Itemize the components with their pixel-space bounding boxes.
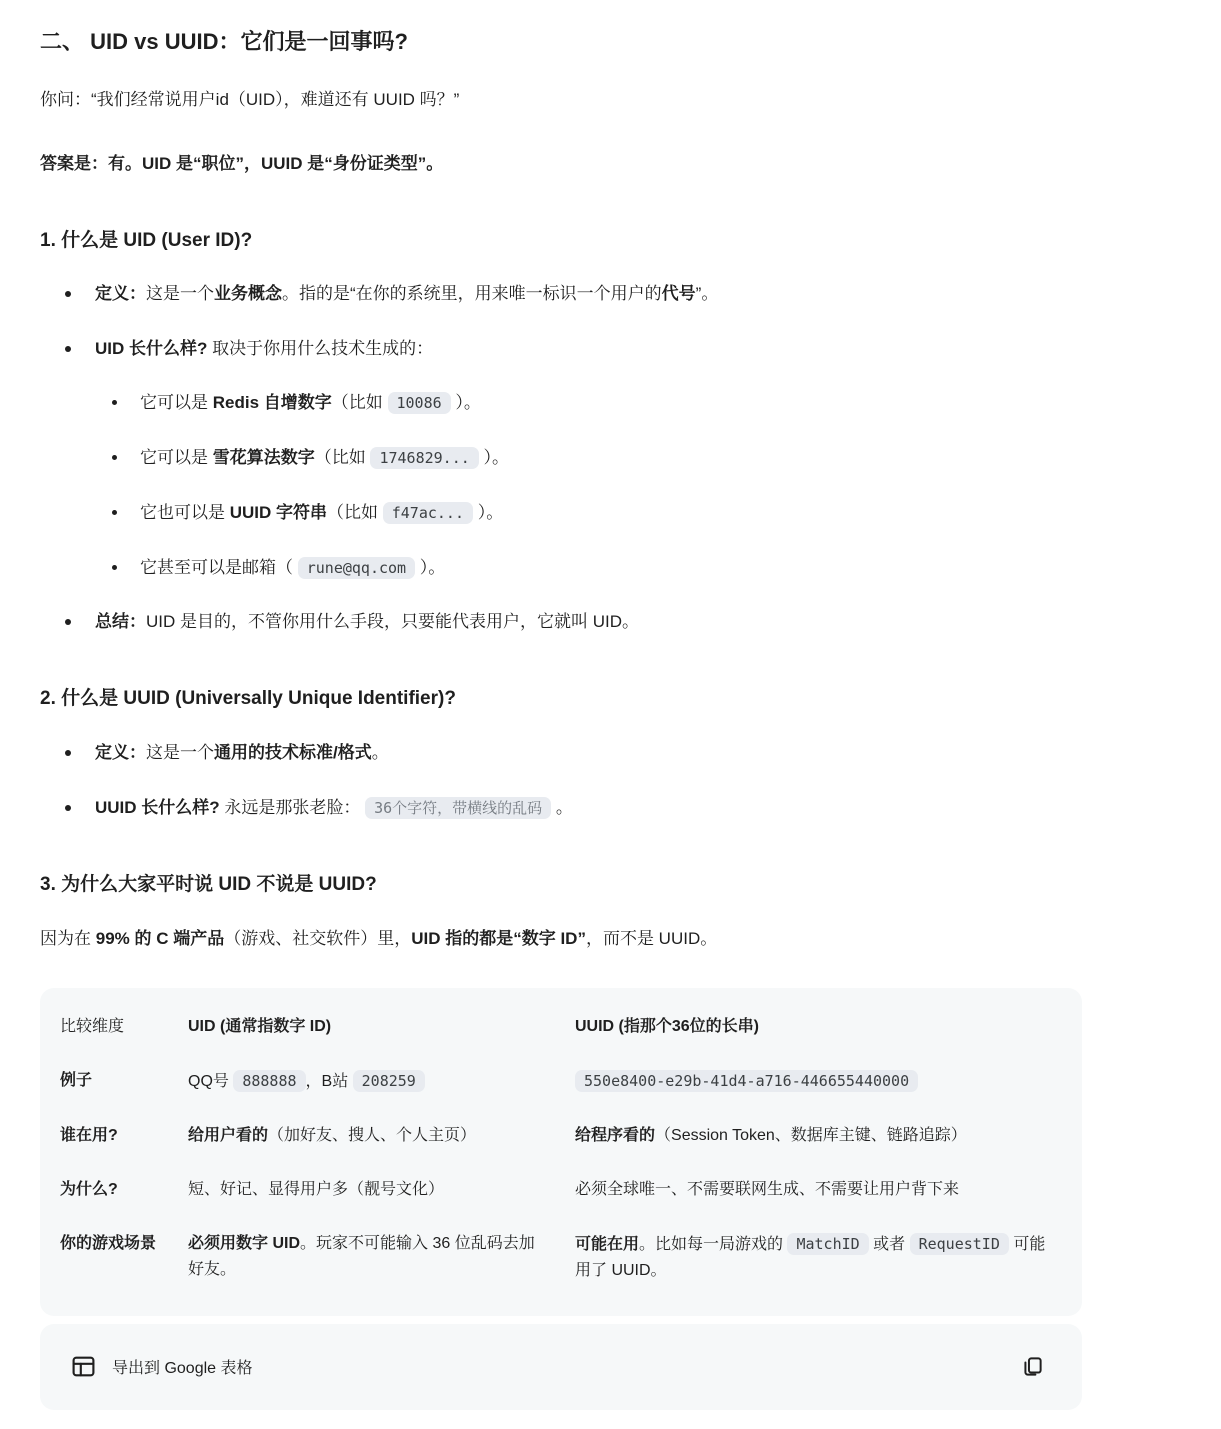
text-segment: ）。	[451, 393, 481, 412]
text-segment: （比如	[327, 503, 383, 522]
text-segment: 短、好记、显得用户多（靓号文化）	[188, 1181, 444, 1198]
text-segment: 取决于你用什么技术生成的：	[207, 339, 433, 358]
inline-code-chip: 550e8400-e29b-41d4-a716-446655440000	[575, 1070, 918, 1092]
text-segment: 它可以是	[140, 393, 213, 412]
text-segment: 99% 的 C 端产品	[96, 929, 224, 948]
row-label: 你的游戏场景	[60, 1231, 188, 1284]
copy-table-button[interactable]	[1012, 1347, 1052, 1387]
text-segment: （比如	[315, 448, 371, 467]
export-to-sheets-label: 导出到 Google 表格	[112, 1355, 253, 1378]
table-row-example: 例子 QQ号 888888，B站 208259 550e8400-e29b-41…	[60, 1054, 1060, 1109]
table-header-uuid: UUID (指那个36位的长串)	[575, 1014, 1060, 1040]
text-segment: 这是一个	[146, 743, 214, 762]
cell-uid-example: QQ号 888888，B站 208259	[188, 1068, 575, 1095]
uid-examples-sublist: 它可以是 Redis 自增数字（比如 10086 ）。 它可以是 雪花算法数字（…	[40, 390, 1082, 581]
paragraph-question: 你问：“我们经常说用户id（UID），难道还有 UUID 吗？”	[40, 87, 1082, 113]
text-segment: 。	[372, 743, 389, 762]
list-item-uid-definition: 定义：这是一个业务概念。指的是“在你的系统里，用来唯一标识一个用户的代号”。	[40, 281, 1082, 307]
text-segment: Redis 自增数字	[213, 393, 332, 412]
cell-uuid-why: 必须全球唯一、不需要联网生成、不需要让用户背下来	[575, 1177, 1060, 1203]
copy-icon	[1020, 1354, 1045, 1379]
inline-code-chip: 36个字符，带横线的乱码	[365, 797, 551, 819]
list-item-uuid-string: 它也可以是 UUID 字符串（比如 f47ac... ）。	[40, 500, 1082, 526]
text-segment: ”。	[696, 284, 719, 303]
text-segment: 可能在用	[575, 1236, 639, 1253]
text-segment: （比如	[332, 393, 388, 412]
text-segment: （游戏、社交软件）里，	[224, 929, 411, 948]
inline-code-chip: 10086	[388, 392, 451, 414]
text-segment: 这是一个	[146, 284, 214, 303]
text-segment: 给程序看的	[575, 1127, 655, 1144]
inline-code-chip: f47ac...	[383, 502, 473, 524]
text-segment: ）。	[479, 448, 509, 467]
table-header-dimension: 比较维度	[60, 1014, 188, 1040]
text-segment: UID 长什么样?	[95, 339, 207, 358]
table-header-row: 比较维度 UID (通常指数字 ID) UUID (指那个36位的长串)	[60, 998, 1060, 1054]
export-to-sheets-button[interactable]: 导出到 Google 表格	[70, 1353, 253, 1380]
text-segment: 定义：	[95, 743, 146, 762]
uid-summary-list: 总结：UID 是目的，不管你用什么手段，只要能代表用户，它就叫 UID。	[40, 609, 1082, 635]
inline-code-chip: 888888	[233, 1070, 305, 1092]
table-icon	[70, 1353, 97, 1380]
text-segment: 永远是那张老脸：	[220, 798, 365, 817]
text-segment: 它也可以是	[140, 503, 230, 522]
list-item-redis-number: 它可以是 Redis 自增数字（比如 10086 ）。	[40, 390, 1082, 416]
list-item-uid-summary: 总结：UID 是目的，不管你用什么手段，只要能代表用户，它就叫 UID。	[40, 609, 1082, 635]
inline-code-chip: rune@qq.com	[298, 557, 415, 579]
text-segment: QQ号	[188, 1073, 233, 1090]
list-item-uuid-definition: 定义：这是一个通用的技术标准/格式。	[40, 740, 1082, 766]
table-actions-bar: 导出到 Google 表格	[40, 1324, 1082, 1410]
list-item-email: 它甚至可以是邮箱（ rune@qq.com ）。	[40, 555, 1082, 581]
text-segment: 它可以是	[140, 448, 213, 467]
inline-code-chip: 208259	[353, 1070, 425, 1092]
uid-bullet-list: 定义：这是一个业务概念。指的是“在你的系统里，用来唯一标识一个用户的代号”。 U…	[40, 281, 1082, 362]
inline-code-chip: MatchID	[787, 1233, 868, 1255]
text-segment: ）。	[415, 558, 445, 577]
paragraph-why: 因为在 99% 的 C 端产品（游戏、社交软件）里，UID 指的都是“数字 ID…	[40, 926, 1082, 952]
cell-uuid-game: 可能在用。比如每一局游戏的 MatchID 或者 RequestID 可能用了 …	[575, 1231, 1060, 1284]
heading-why-uid-not-uuid: 3. 为什么大家平时说 UID 不说是 UUID?	[40, 873, 1082, 898]
text-segment: 代号	[662, 284, 696, 303]
table-row-game-scenario: 你的游戏场景 必须用数字 UID。玩家不可能输入 36 位乱码去加好友。 可能在…	[60, 1217, 1060, 1298]
heading-what-is-uid: 1. 什么是 UID (User ID)?	[40, 229, 1082, 254]
text-segment: 。比如每一局游戏的	[639, 1236, 787, 1253]
text-segment: 你问：“我们经常说用户id（UID），难道还有 UUID 吗？”	[40, 90, 459, 109]
text-segment: 给用户看的	[188, 1127, 268, 1144]
text-segment: UID 指的都是“数字 ID”	[411, 929, 586, 948]
text-segment: UUID 长什么样?	[95, 798, 220, 817]
inline-code-chip: 1746829...	[370, 447, 478, 469]
table-header-uid: UID (通常指数字 ID)	[188, 1014, 575, 1040]
paragraph-answer: 答案是：有。UID 是“职位”，UUID 是“身份证类型”。	[40, 151, 1082, 177]
table-row-who-uses: 谁在用? 给用户看的（加好友、搜人、个人主页） 给程序看的（Session To…	[60, 1109, 1060, 1163]
text-segment: 必须全球唯一、不需要联网生成、不需要让用户背下来	[575, 1181, 959, 1198]
cell-uid-why: 短、好记、显得用户多（靓号文化）	[188, 1177, 575, 1203]
text-segment: 业务概念	[214, 284, 282, 303]
section-heading-uid-vs-uuid: 二、 UID vs UUID：它们是一回事吗?	[40, 28, 1082, 57]
text-segment: 通用的技术标准/格式	[214, 743, 372, 762]
text-segment: 。	[551, 798, 573, 817]
text-segment: 它甚至可以是邮箱（	[140, 558, 298, 577]
text-segment: （加好友、搜人、个人主页）	[268, 1127, 476, 1144]
cell-uuid-who: 给程序看的（Session Token、数据库主键、链路追踪）	[575, 1123, 1060, 1149]
text-segment: UID 是目的，不管你用什么手段，只要能代表用户，它就叫 UID。	[146, 612, 639, 631]
heading-what-is-uuid: 2. 什么是 UUID (Universally Unique Identifi…	[40, 687, 1082, 712]
text-segment: 。指的是“在你的系统里，用来唯一标识一个用户的	[282, 284, 662, 303]
text-segment: ）。	[473, 503, 503, 522]
text-segment: ，B站	[306, 1073, 353, 1090]
text-segment: 或者	[869, 1236, 910, 1253]
answer-document: 二、 UID vs UUID：它们是一回事吗? 你问：“我们经常说用户id（UI…	[0, 0, 1221, 1410]
text-segment: UUID 字符串	[230, 503, 327, 522]
list-item-snowflake-number: 它可以是 雪花算法数字（比如 1746829... ）。	[40, 445, 1082, 471]
text-segment: （Session Token、数据库主键、链路追踪）	[655, 1127, 967, 1144]
text-segment: 因为在	[40, 929, 96, 948]
row-label: 谁在用?	[60, 1123, 188, 1149]
uuid-bullet-list: 定义：这是一个通用的技术标准/格式。 UUID 长什么样? 永远是那张老脸： 3…	[40, 740, 1082, 821]
text-segment: 雪花算法数字	[213, 448, 315, 467]
comparison-table: 比较维度 UID (通常指数字 ID) UUID (指那个36位的长串) 例子 …	[40, 988, 1082, 1316]
text-segment: 必须用数字 UID	[188, 1235, 300, 1252]
cell-uuid-example: 550e8400-e29b-41d4-a716-446655440000	[575, 1068, 1060, 1095]
row-label: 例子	[60, 1068, 188, 1095]
text-segment: 定义：	[95, 284, 146, 303]
list-item-uuid-look: UUID 长什么样? 永远是那张老脸： 36个字符，带横线的乱码 。	[40, 795, 1082, 821]
text-segment: ，而不是 UUID。	[586, 929, 717, 948]
row-label: 为什么?	[60, 1177, 188, 1203]
list-item-uid-look: UID 长什么样? 取决于你用什么技术生成的：	[40, 336, 1082, 362]
text-segment: 总结：	[95, 612, 146, 631]
table-row-why: 为什么? 短、好记、显得用户多（靓号文化） 必须全球唯一、不需要联网生成、不需要…	[60, 1163, 1060, 1217]
cell-uid-game: 必须用数字 UID。玩家不可能输入 36 位乱码去加好友。	[188, 1231, 575, 1284]
cell-uid-who: 给用户看的（加好友、搜人、个人主页）	[188, 1123, 575, 1149]
text-segment: 答案是：有。UID 是“职位”，UUID 是“身份证类型”。	[40, 154, 443, 173]
inline-code-chip: RequestID	[910, 1233, 1009, 1255]
